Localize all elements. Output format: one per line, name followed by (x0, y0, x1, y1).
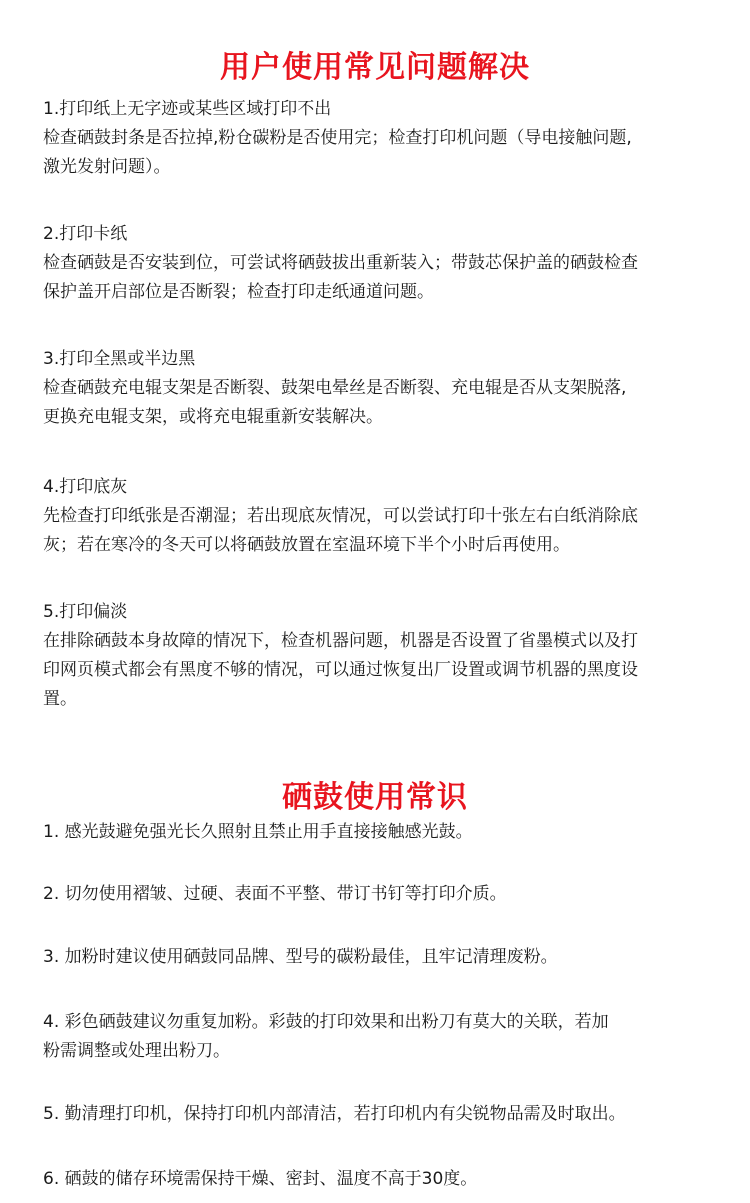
faq-item-line: 印网页模式都会有黑度不够的情况，可以通过恢复出厂设置或调节机器的黑度设 (43, 656, 713, 685)
faq-item-line: 激光发射问题）。 (43, 153, 713, 182)
tip-item-5: 5. 勤清理打印机，保持打印机内部清洁，若打印机内有尖锐物品需及时取出。 (43, 1100, 713, 1129)
tip-item-6: 6. 硒鼓的储存环境需保持干燥、密封、温度不高于30度。 (43, 1165, 713, 1194)
tip-line: 1. 感光鼓避免强光长久照射且禁止用手直接接触感光鼓。 (43, 818, 713, 847)
faq-item-heading: 3.打印全黑或半边黑 (43, 345, 713, 374)
faq-item-line: 灰；若在寒冷的冬天可以将硒鼓放置在室温环境下半个小时后再使用。 (43, 531, 713, 560)
tip-line: 5. 勤清理打印机，保持打印机内部清洁，若打印机内有尖锐物品需及时取出。 (43, 1100, 713, 1129)
faq-item-line: 更换充电辊支架，或将充电辊重新安装解决。 (43, 403, 713, 432)
faq-section-title: 用户使用常见问题解决 (0, 42, 750, 86)
faq-item-line: 在排除硒鼓本身故障的情况下，检查机器问题，机器是否设置了省墨模式以及打 (43, 627, 713, 656)
faq-item-1: 1.打印纸上无字迹或某些区域打印不出 检查硒鼓封条是否拉掉,粉仓碳粉是否使用完；… (43, 95, 713, 182)
tip-item-3: 3. 加粉时建议使用硒鼓同品牌、型号的碳粉最佳，且牢记清理废粉。 (43, 943, 713, 972)
faq-item-heading: 5.打印偏淡 (43, 598, 713, 627)
faq-item-line: 检查硒鼓封条是否拉掉,粉仓碳粉是否使用完；检查打印机问题（导电接触问题, (43, 124, 713, 153)
faq-item-line: 置。 (43, 685, 713, 714)
faq-item-3: 3.打印全黑或半边黑 检查硒鼓充电辊支架是否断裂、鼓架电晕丝是否断裂、充电辊是否… (43, 345, 713, 432)
faq-item-2: 2.打印卡纸 检查硒鼓是否安装到位，可尝试将硒鼓拔出重新装入；带鼓芯保护盖的硒鼓… (43, 220, 713, 307)
faq-item-line: 保护盖开启部位是否断裂；检查打印走纸通道问题。 (43, 278, 713, 307)
faq-item-line: 检查硒鼓充电辊支架是否断裂、鼓架电晕丝是否断裂、充电辊是否从支架脱落, (43, 374, 713, 403)
faq-item-line: 先检查打印纸张是否潮湿；若出现底灰情况，可以尝试打印十张左右白纸消除底 (43, 502, 713, 531)
tip-line: 4. 彩色硒鼓建议勿重复加粉。彩鼓的打印效果和出粉刀有莫大的关联，若加 (43, 1008, 713, 1037)
tips-section-title: 硒鼓使用常识 (0, 772, 750, 816)
faq-item-heading: 1.打印纸上无字迹或某些区域打印不出 (43, 95, 713, 124)
tip-item-2: 2. 切勿使用褶皱、过硬、表面不平整、带订书钉等打印介质。 (43, 880, 713, 909)
tip-line: 粉需调整或处理出粉刀。 (43, 1037, 713, 1066)
faq-item-heading: 2.打印卡纸 (43, 220, 713, 249)
faq-item-line: 检查硒鼓是否安装到位，可尝试将硒鼓拔出重新装入；带鼓芯保护盖的硒鼓检查 (43, 249, 713, 278)
tip-item-1: 1. 感光鼓避免强光长久照射且禁止用手直接接触感光鼓。 (43, 818, 713, 847)
tip-line: 3. 加粉时建议使用硒鼓同品牌、型号的碳粉最佳，且牢记清理废粉。 (43, 943, 713, 972)
faq-item-4: 4.打印底灰 先检查打印纸张是否潮湿；若出现底灰情况，可以尝试打印十张左右白纸消… (43, 473, 713, 560)
tip-line: 2. 切勿使用褶皱、过硬、表面不平整、带订书钉等打印介质。 (43, 880, 713, 909)
faq-item-heading: 4.打印底灰 (43, 473, 713, 502)
faq-item-5: 5.打印偏淡 在排除硒鼓本身故障的情况下，检查机器问题，机器是否设置了省墨模式以… (43, 598, 713, 714)
tip-item-4: 4. 彩色硒鼓建议勿重复加粉。彩鼓的打印效果和出粉刀有莫大的关联，若加 粉需调整… (43, 1008, 713, 1066)
tip-line: 6. 硒鼓的储存环境需保持干燥、密封、温度不高于30度。 (43, 1165, 713, 1194)
